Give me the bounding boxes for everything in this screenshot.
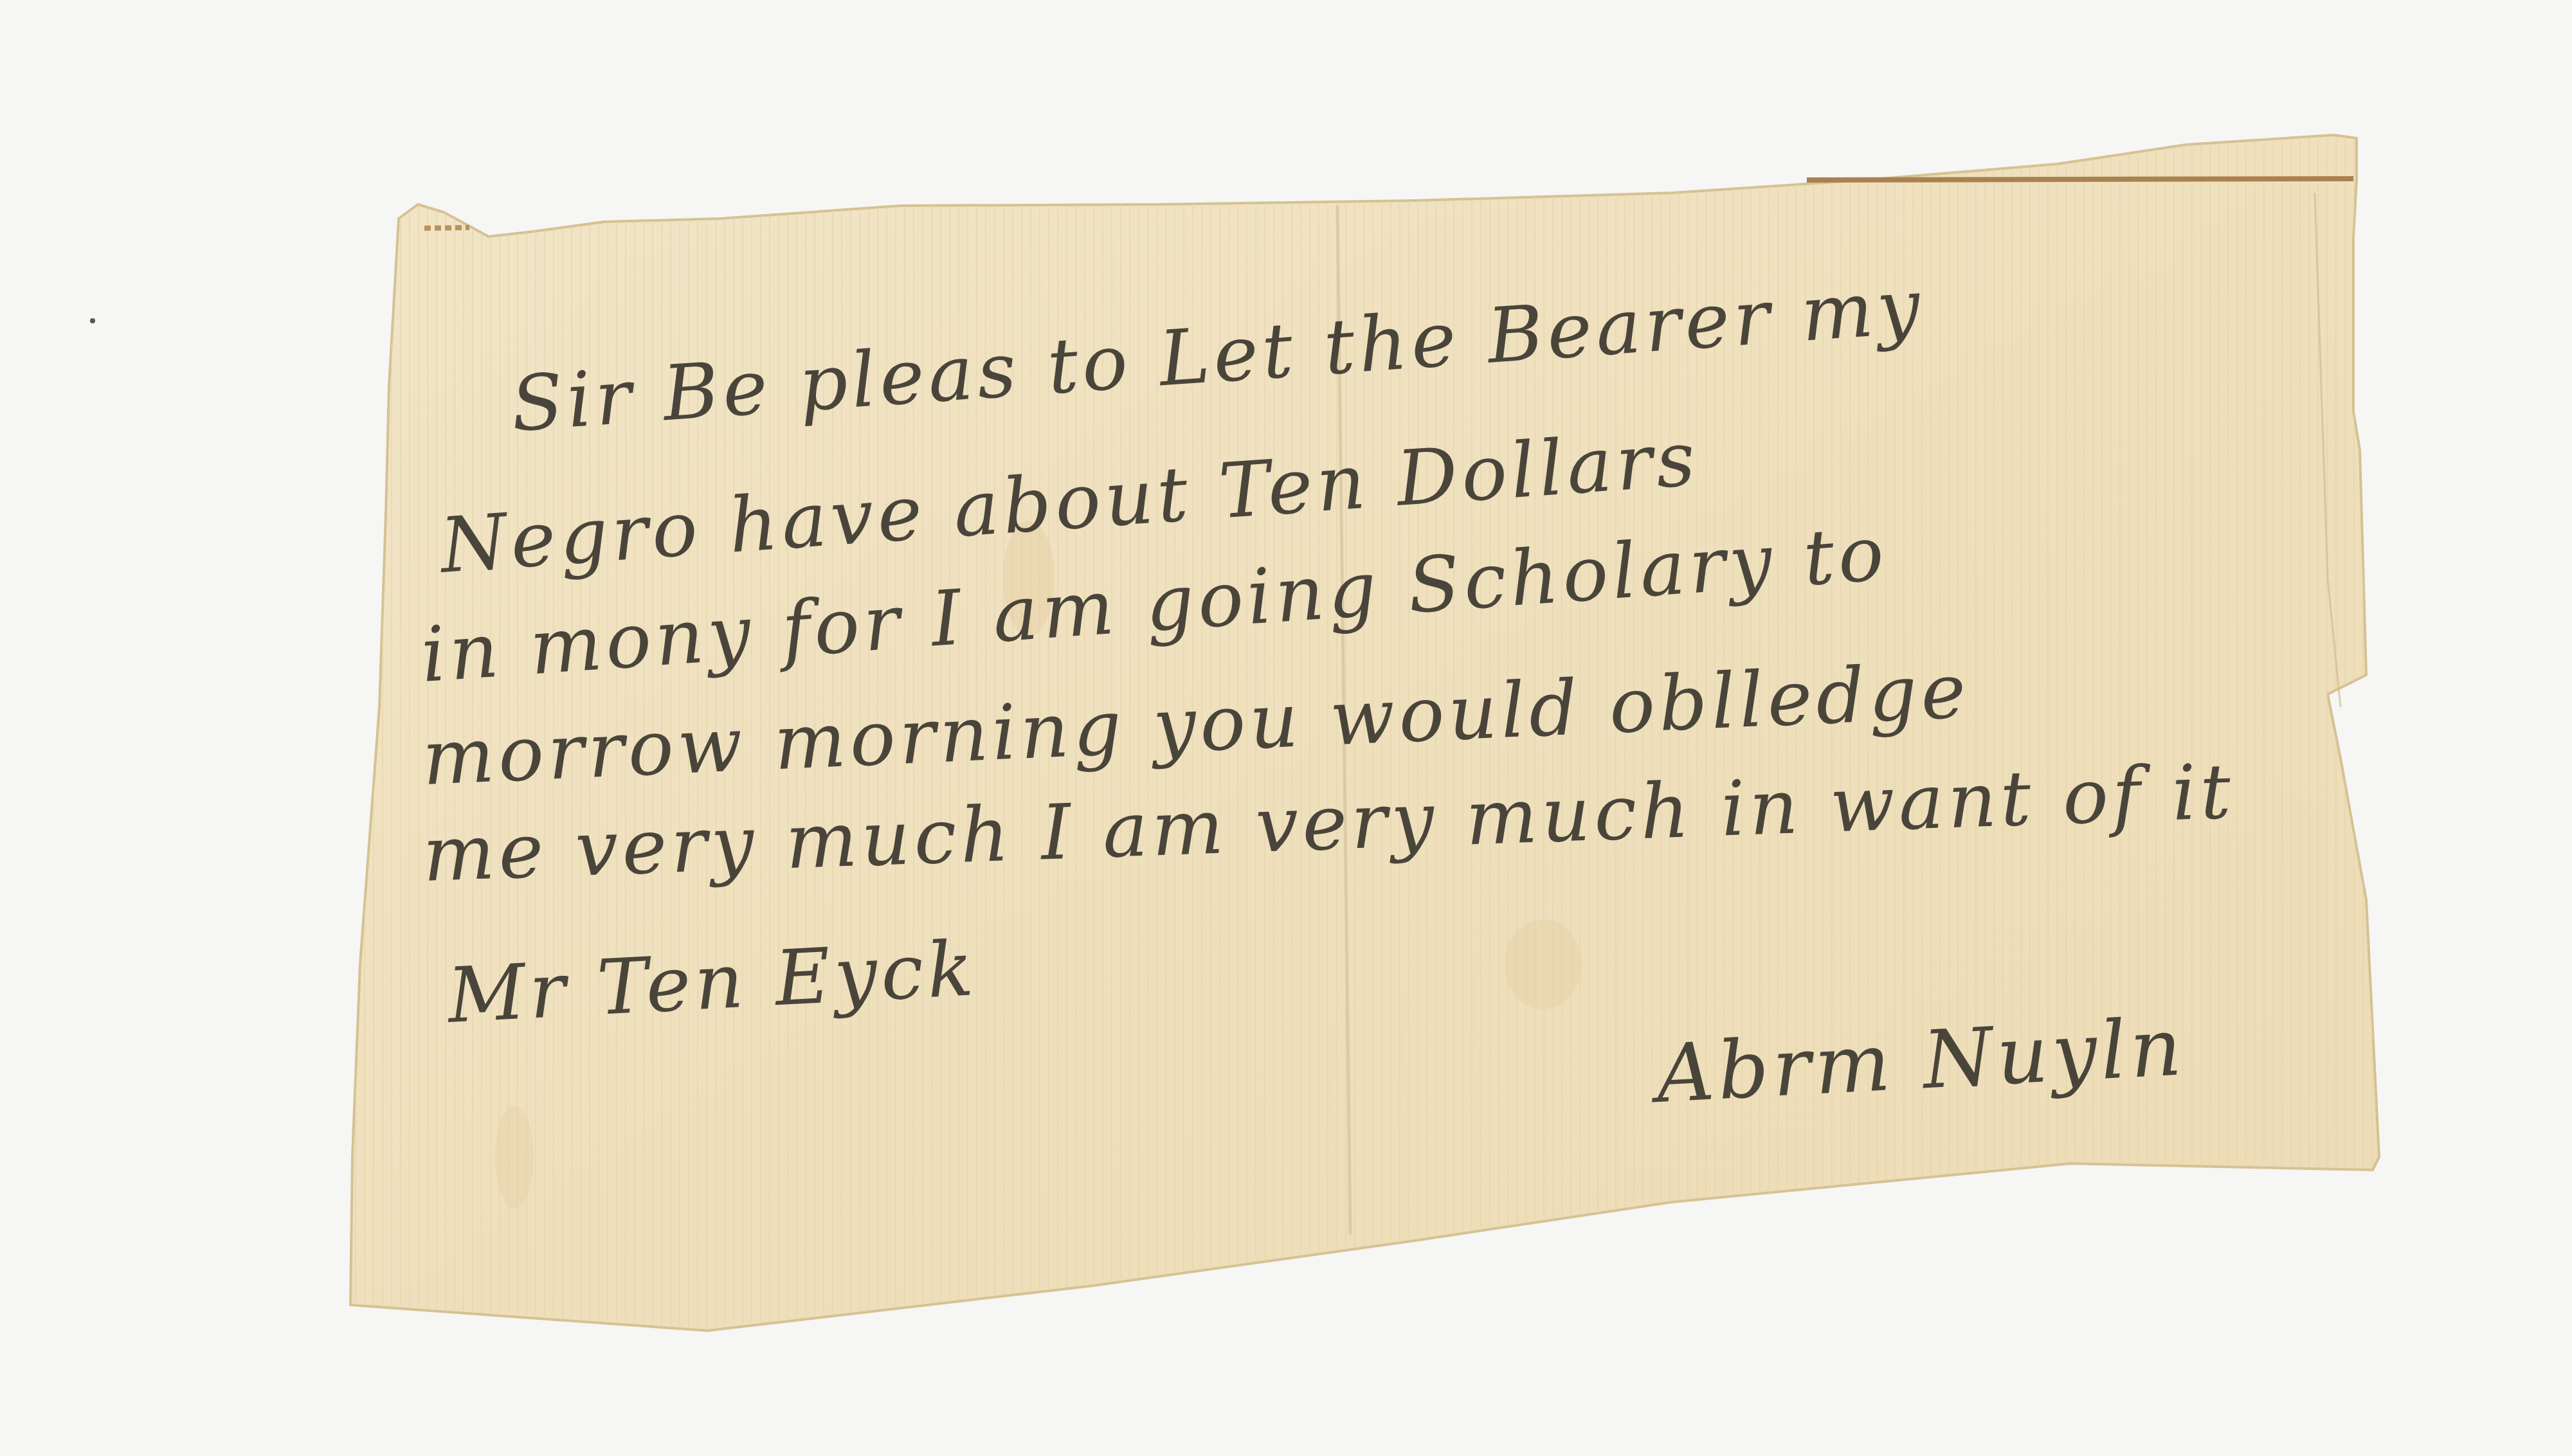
ruled-line	[1807, 179, 2353, 180]
speck	[90, 318, 95, 323]
document-scan: Sir Be pleas to Let the Bearer my Negro …	[0, 0, 2572, 1456]
